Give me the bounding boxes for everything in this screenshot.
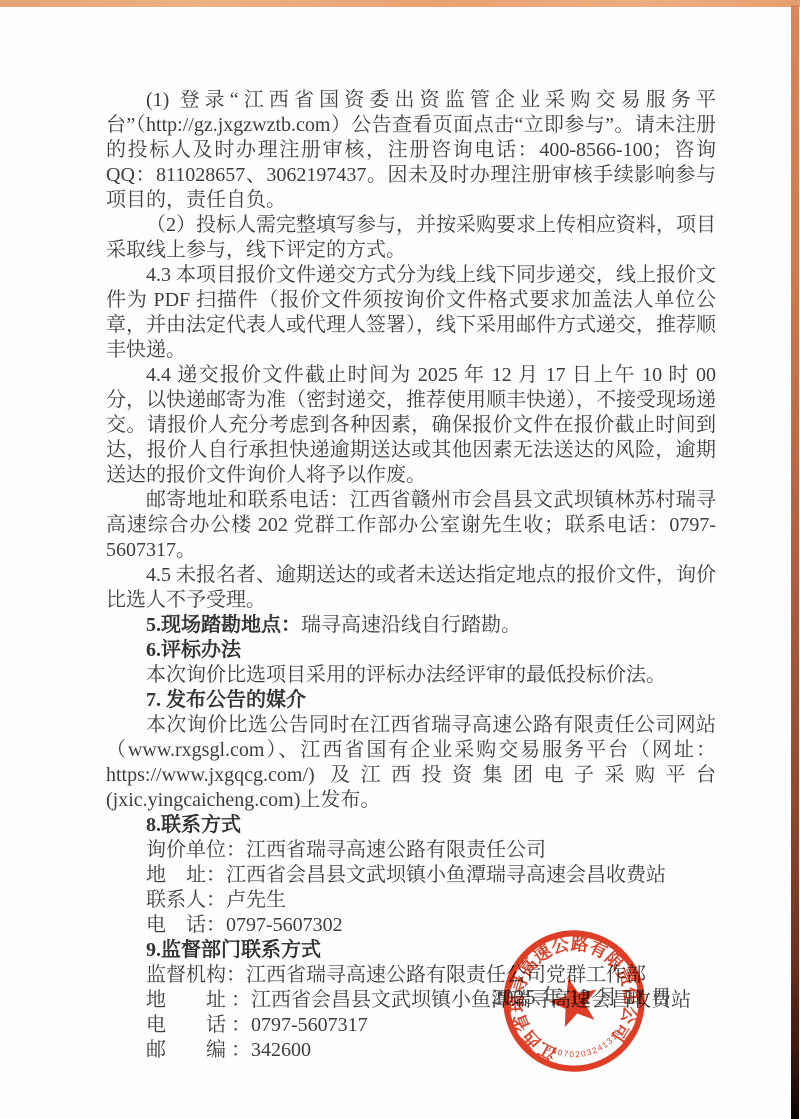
paragraph-participation: （2）投标人需完整填写参与，并按采购要求上传相应资料，项目采取线上参与，线下评定… [106, 213, 716, 263]
scanned-page: (1) 登录“江西省国资委出资监管企业采购交易服务平台”（http://gz.j… [0, 0, 800, 1119]
contact-address: 地 址：江西省会昌县文武坝镇小鱼潭瑞寻高速会昌收费站 [106, 863, 716, 888]
paragraph-4-3-submission: 4.3 本项目报价文件递交方式分为线上线下同步递交，线上报价文件为 PDF 扫描… [106, 263, 716, 363]
svg-text:36070203241310: 36070203241310 [543, 1025, 627, 1068]
heading-evaluation-method: 6.评标办法 [106, 638, 716, 663]
paragraph-registration-login: (1) 登录“江西省国资委出资监管企业采购交易服务平台”（http://gz.j… [106, 88, 716, 213]
heading-contact-info: 8.联系方式 [106, 813, 716, 838]
paragraph-evaluation-method: 本次询价比选项目采用的评标办法经评审的最低投标价法。 [106, 663, 716, 688]
paragraph-mailing-address: 邮寄地址和联系电话：江西省赣州市会昌县文武坝镇林苏村瑞寻高速综合办公楼 202 … [106, 488, 716, 563]
contact-inquiry-unit: 询价单位：江西省瑞寻高速公路有限责任公司 [106, 838, 716, 863]
scan-edge-right [791, 5, 799, 1119]
star-icon [544, 972, 603, 1029]
paragraph-4-5-rejection: 4.5 未报名者、逾期送达的或者未送达指定地点的报价文件，询价比选人不予受理。 [106, 563, 716, 613]
scan-edge-top [0, 0, 800, 7]
heading-announcement-media: 7. 发布公告的媒介 [106, 688, 716, 713]
seal-serial-number: 36070203241310 [543, 1025, 627, 1068]
paragraph-site-survey: 5.现场踏勘地点：瑞寻高速沿线自行踏勘。 [106, 613, 716, 638]
paragraph-announcement-media: 本次询价比选公告同时在江西省瑞寻高速公路有限责任公司网站（www.rxgsgl.… [106, 713, 716, 813]
paragraph-4-4-deadline: 4.4 递交报价文件截止时间为 2025 年 12 月 17 日上午 10 时 … [106, 363, 716, 488]
site-survey-value: 瑞寻高速沿线自行踏勘。 [301, 614, 521, 636]
site-survey-label: 5.现场踏勘地点： [146, 614, 301, 636]
